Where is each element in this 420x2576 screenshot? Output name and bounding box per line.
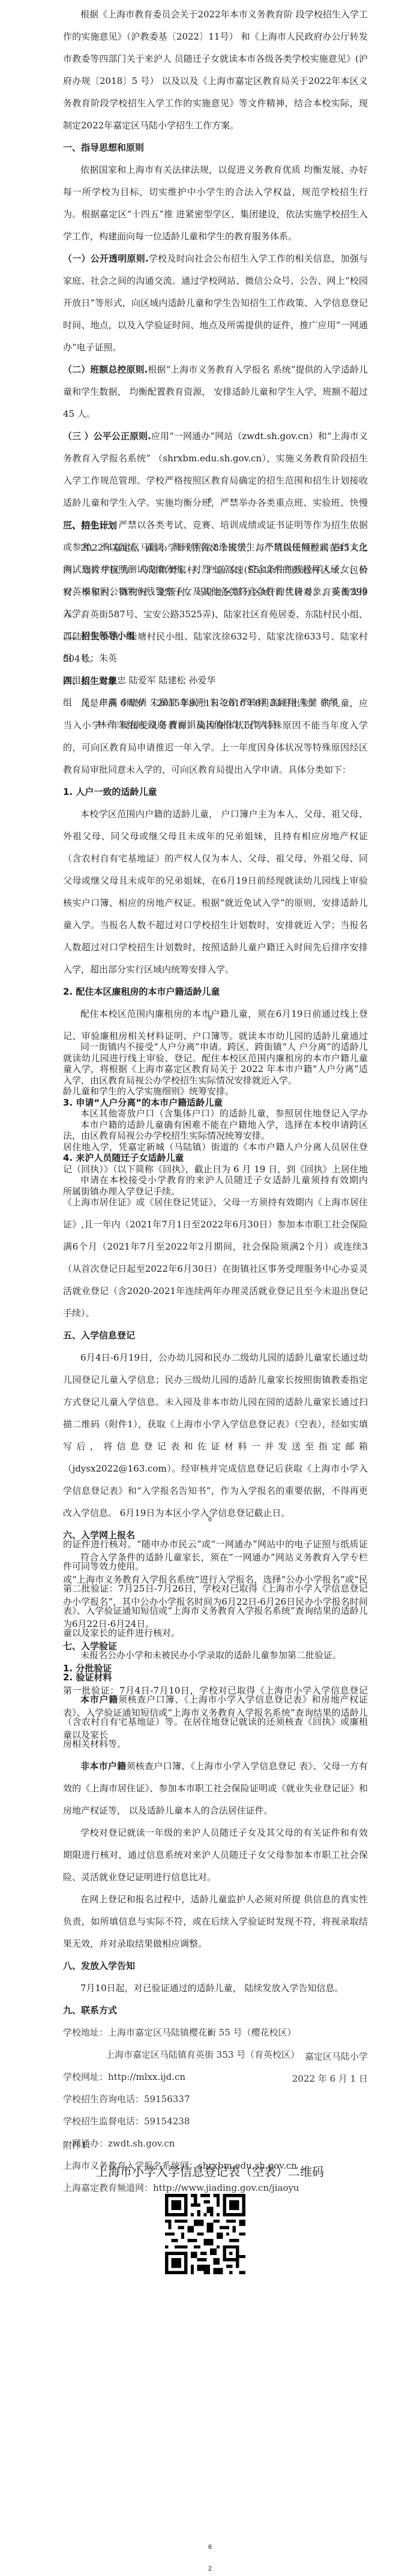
- signature-block: 嘉定区马陆小学 2022 年 6 月 1 日: [63, 2046, 368, 2090]
- page-number-sub: 2: [0, 2565, 420, 2572]
- principle-fairness-label: （三 ）公平公正原则.: [63, 431, 151, 442]
- section-3-body: 2022年嘉定区马陆小学计划招收8个班级，每个班级班额控制在45人之内。划片学区…: [63, 537, 368, 670]
- section-8-body: 7月10日起，对已验证通过的适龄儿童， 陆续发放入学告知信息。: [63, 1977, 368, 1999]
- channel-link[interactable]: http://www.jiading.gov.cn/jiaoyu: [153, 2182, 299, 2193]
- category-4-title: 4. 来沪人员随迁子女适龄儿童: [63, 1147, 368, 1169]
- materials-nonlocal: 非本市户籍须核查户口簿、《上海市小学入学信息登记 表》、父母一方有效的《上海市居…: [63, 1755, 368, 1822]
- section-1-body: 依据国家和上海市有关法律法规，以促进义务教育优质 均衡发展、办好每一所学校为目标…: [63, 159, 368, 248]
- section-8-title: 八、发放入学告知: [63, 1955, 368, 1977]
- intro-paragraph: 根据《上海市教育委员会关于2022年本市义务教育阶 段学校招生入学工作的实施意见…: [63, 4, 368, 137]
- category-2-title: 2. 配住本区廉租房的本市户籍适龄儿童: [63, 981, 368, 1003]
- materials-nonlocal-label: 非本市户籍: [80, 1761, 126, 1772]
- batch-note: 未报名公办小学和未被民办小学录取的适龄儿童参加第二批验证。: [63, 1644, 368, 1667]
- signature-org: 嘉定区马陆小学: [63, 2046, 368, 2068]
- category-3-body-2: 同一街镇内不接受“人户分离”申请。跨区、跨街镇“人 户分离”的适龄儿童入学，将根…: [63, 1036, 368, 1103]
- page-number: 6: [0, 2029, 420, 2037]
- channel-label: 上海嘉定教育频道网：: [63, 2182, 153, 2193]
- page-number: 6: [0, 1516, 420, 1523]
- principle-class-size-label: （二）班额总控原则.: [63, 364, 148, 375]
- materials-local-label: 本市户籍: [80, 1694, 118, 1705]
- batch-1-text-cont: 的证件进行核对。“随申办市民云”或“一网通办”网站中的电子证照与纸质证件可同等效…: [63, 1533, 368, 1578]
- section-4-body: 凡是年满 6周岁 （2015年9月1日-2016年8月31日出生） 的儿童，应当…: [63, 692, 368, 781]
- section-9-title: 九、联系方式: [63, 1999, 368, 2022]
- section-4-title: 四、招生对象: [63, 670, 368, 692]
- principle-open-label: （一）公开透明原则.: [63, 253, 149, 264]
- contact-supervise-phone: 学校招生监督电话：59154238: [63, 2110, 368, 2133]
- annex-title: 上海市小学入学信息登记表（空表）二维码: [0, 2162, 420, 2179]
- category-4-body: 申请在本校接受小学教育的来沪人员随迁子女适龄儿童须持有效期内《上海市居住证》或《…: [63, 1169, 368, 1325]
- category-3-body-3: 本区其他寄放户口（含集体户口）的适龄儿童，参照居住地登记入学办法，由区教育局视公…: [63, 1103, 368, 1147]
- batch-2-text: 第二批验证：7月25日-7月26日，学校对已取得《上海市小学入学信息登记表》、入…: [63, 1578, 368, 1644]
- consult-phone: 59156337: [144, 2094, 190, 2104]
- category-1-title: 1. 人户一致的适龄儿童: [63, 781, 368, 803]
- section-5-body: 6月4日-6月19日，公办幼儿园和民办二级幼儿园的适龄儿童家长通过幼儿园登记儿童…: [63, 1347, 368, 1524]
- contact-consult-phone: 学校招生咨询电话：59156337: [63, 2088, 368, 2110]
- materials-title: 2. 验证材料: [63, 1667, 368, 1689]
- qr-code-icon: [165, 2194, 245, 2274]
- annex-label: 附件1：: [63, 2134, 368, 2157]
- truthfulness-note: 在网上登记和报名过程中，适龄儿童监护人必须对所提 供信息的真实性负责，如所填信息…: [63, 1889, 368, 1955]
- principle-open: （一）公开透明原则.学校及时向社会公布招生入学工作的相关信息，加强与家庭、社会之…: [63, 248, 368, 359]
- section-verification: 的证件进行核对。“随申办市民云”或“一网通办”网站中的电子证照与纸质证件可同等效…: [63, 1533, 368, 2199]
- section-5-title: 五、入学信息登记: [63, 1325, 368, 1347]
- annex-label-wrap: 附件1：: [63, 2134, 368, 2157]
- category-1-body: 本校学区范围内户籍的适龄儿童， 户口簿户主为本人、父母、祖父母、外祖父母、同父母…: [63, 803, 368, 981]
- section-3-title: 三、招生计划: [63, 515, 368, 537]
- page-number: 6: [0, 1014, 420, 1022]
- supervise-phone: 59154238: [144, 2116, 190, 2127]
- page-number: 6: [0, 497, 420, 504]
- signature-date: 2022 年 6 月 1 日: [63, 2068, 368, 2090]
- section-1-title: 一、指导思想和原则: [63, 137, 368, 159]
- supervise-phone-label: 学校招生监督电话：: [63, 2116, 144, 2127]
- consult-phone-label: 学校招生咨询电话：: [63, 2094, 144, 2104]
- page-number: 6: [0, 2544, 420, 2551]
- materials-check: 学校对登记就读一年级的来沪人员随迁子女及其父母的有关证件和有效期限进行核对，通过…: [63, 1822, 368, 1889]
- materials-local: 本市户籍须核查户口簿、《上海市小学入学信息登记表》和房地产权证（含农村自有宅基地…: [63, 1689, 368, 1755]
- principle-class-size: （二）班额总控原则.根据“上海市义务教育入学报名 系统”提供的入学适龄儿童和学生…: [63, 359, 368, 425]
- principle-open-text: 学校及时向社会公布招生入学工作的相关信息，加强与家庭、社会之间的沟通交流。通过学…: [63, 253, 368, 353]
